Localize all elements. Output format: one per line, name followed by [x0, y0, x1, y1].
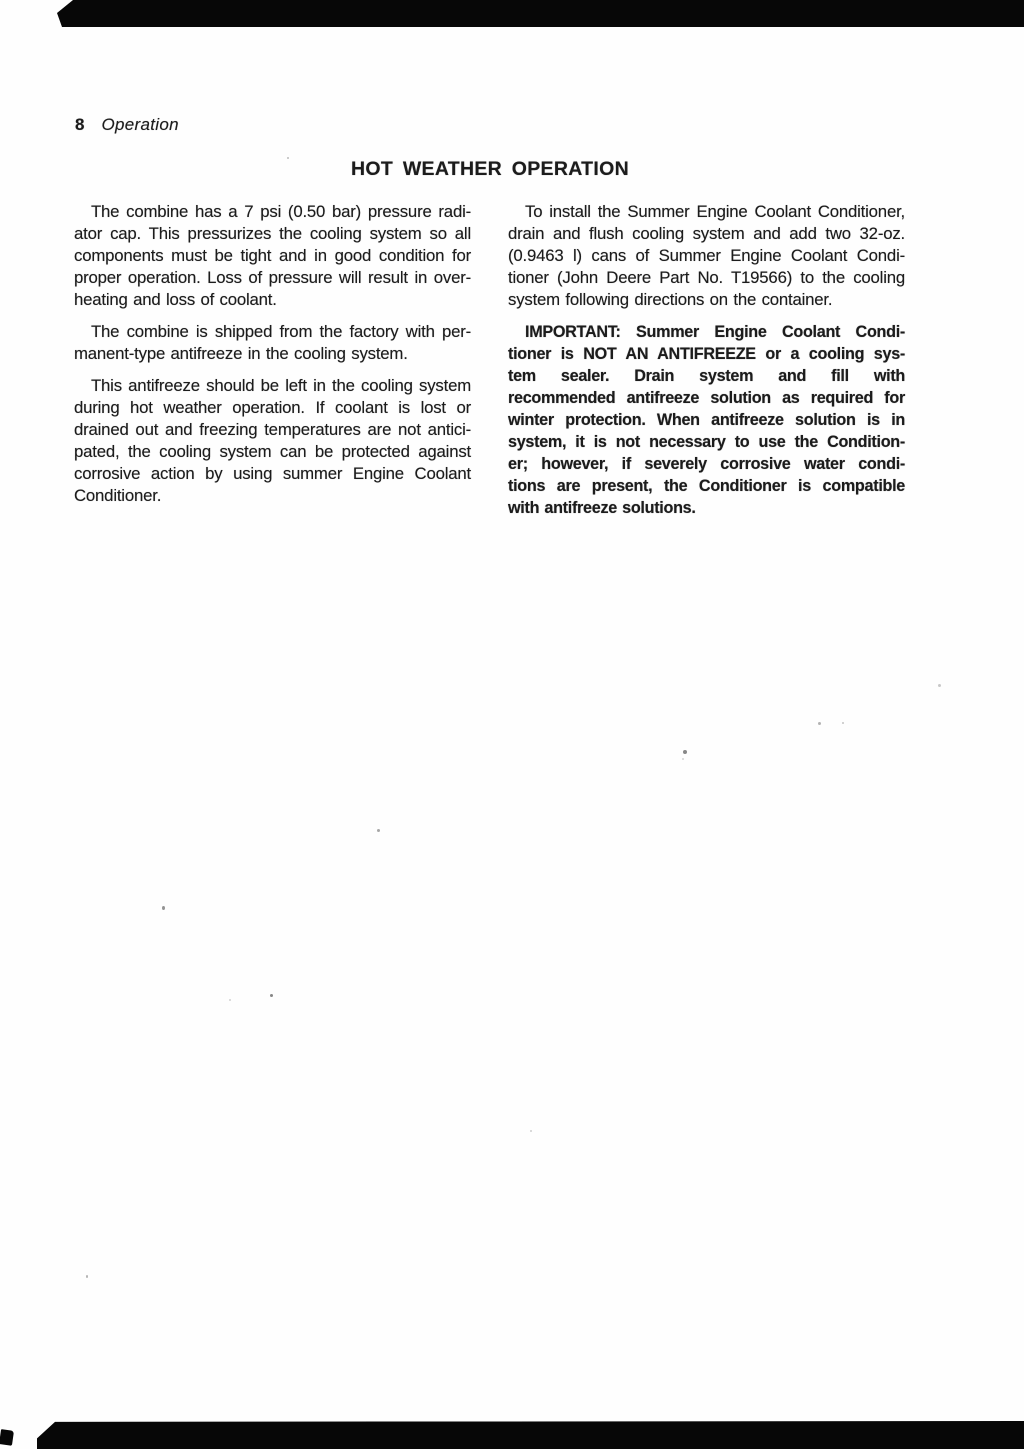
text-line: tioner is NOT AN ANTIFREEZE or a cooling… — [508, 343, 905, 365]
text-line: proper operation. Loss of pressure will … — [74, 267, 471, 289]
page-title: HOT WEATHER OPERATION — [75, 158, 905, 181]
text-line: (0.9463 l) cans of Summer Engine Coolant… — [508, 245, 905, 267]
page-number: 8 — [75, 115, 84, 134]
scan-speck — [938, 684, 941, 687]
paragraph: To install the Summer Engine Coolant Con… — [508, 201, 905, 311]
text-line: IMPORTANT: Summer Engine Coolant Condi- — [508, 321, 905, 343]
scan-artifact-top-bar — [57, 0, 1024, 27]
text-line: Conditioner. — [74, 485, 471, 507]
text-line: pated, the cooling system can be protect… — [74, 441, 471, 463]
section-title: Operation — [101, 115, 178, 134]
paragraph: This antifreeze should be left in the co… — [74, 375, 471, 507]
text-line: winter protection. When antifreeze solut… — [508, 409, 905, 431]
text-line: drained out and freezing temperatures ar… — [74, 419, 471, 441]
text-line: er; however, if severely corrosive water… — [508, 453, 905, 475]
text-line: The combine has a 7 psi (0.50 bar) press… — [74, 201, 471, 223]
scan-speck — [842, 722, 844, 724]
scan-speck — [162, 906, 165, 910]
scan-speck — [86, 1275, 88, 1278]
text-line: This antifreeze should be left in the co… — [74, 375, 471, 397]
paragraph: The combine has a 7 psi (0.50 bar) press… — [74, 201, 471, 311]
text-line: manent-type antifreeze in the cooling sy… — [74, 343, 471, 365]
text-line: with antifreeze solutions. — [508, 497, 905, 519]
scan-speck — [270, 994, 273, 997]
text-line: tem sealer. Drain system and fill with — [508, 365, 905, 387]
scan-speck — [287, 157, 289, 159]
scan-speck — [682, 758, 684, 760]
text-line: tioner (John Deere Part No. T19566) to t… — [508, 267, 905, 289]
right-column: To install the Summer Engine Coolant Con… — [508, 201, 905, 529]
text-line: components must be tight and in good con… — [74, 245, 471, 267]
text-line: To install the Summer Engine Coolant Con… — [508, 201, 905, 223]
manual-page: 8Operation HOT WEATHER OPERATION The com… — [0, 0, 1024, 1449]
scan-speck — [683, 750, 687, 754]
left-column: The combine has a 7 psi (0.50 bar) press… — [74, 201, 471, 517]
text-line: drain and flush cooling system and add t… — [508, 223, 905, 245]
text-line: tions are present, the Conditioner is co… — [508, 475, 905, 497]
scan-speck — [229, 999, 231, 1001]
running-header: 8Operation — [75, 114, 179, 136]
text-line: during hot weather operation. If coolant… — [74, 397, 471, 419]
text-line: recommended antifreeze solution as requi… — [508, 387, 905, 409]
scan-speck — [377, 829, 380, 832]
text-line: system following directions on the conta… — [508, 289, 905, 311]
text-line: The combine is shipped from the factory … — [74, 321, 471, 343]
scan-speck — [530, 1130, 532, 1132]
scan-speck — [818, 722, 821, 725]
text-line: corrosive action by using summer Engine … — [74, 463, 471, 485]
important-notice: IMPORTANT: Summer Engine Coolant Condi-t… — [508, 321, 905, 519]
text-line: ator cap. This pressurizes the cooling s… — [74, 223, 471, 245]
text-line: heating and loss of coolant. — [74, 289, 471, 311]
text-line: system, it is not necessary to use the C… — [508, 431, 905, 453]
paragraph: The combine is shipped from the factory … — [74, 321, 471, 365]
scan-artifact-bottom-bar — [37, 1421, 1024, 1449]
scan-artifact-corner-blob — [0, 1429, 14, 1446]
